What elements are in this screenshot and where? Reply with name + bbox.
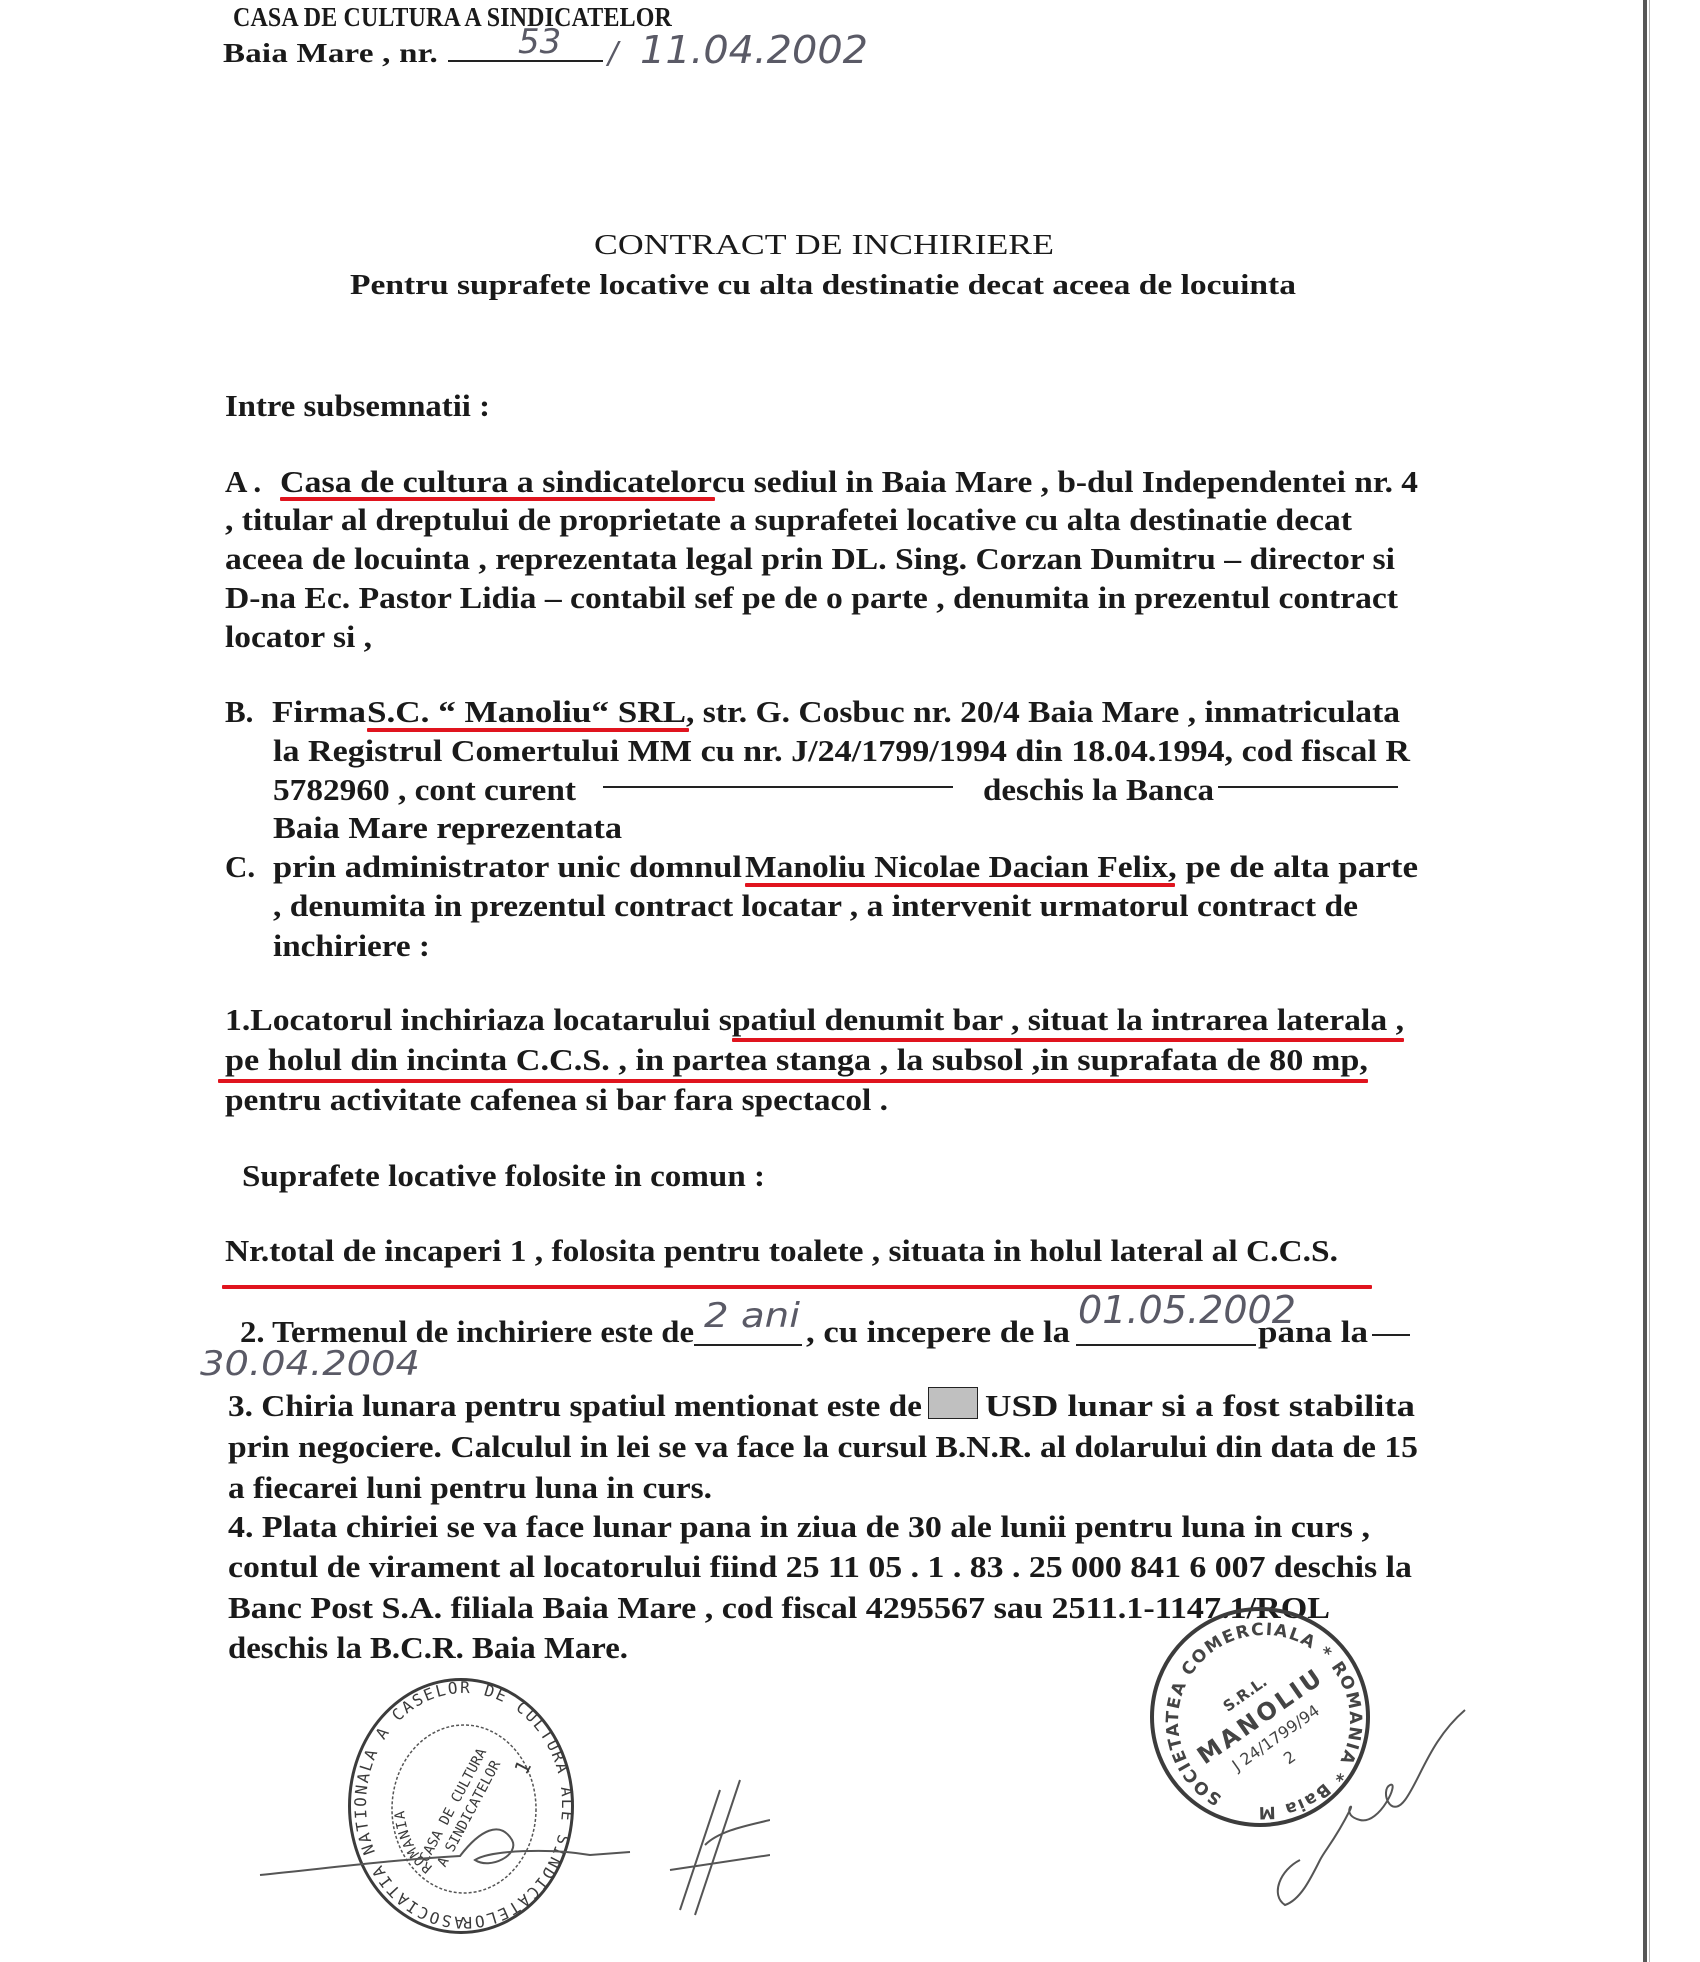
party-a-line: , titular al dreptului de proprietate a … [225, 504, 1352, 535]
clause-1-line: pe holul din incinta C.C.S. , in partea … [225, 1044, 1368, 1075]
clause-4-line: 4. Plata chiriei se va face lunar pana i… [228, 1511, 1370, 1542]
duration-handwritten: 2 ani [704, 1296, 800, 1336]
party-c-marker: C. [225, 851, 255, 882]
clause-3-line: prin negociere. Calculul in lei se va fa… [228, 1431, 1418, 1462]
header-separator: / [608, 36, 618, 71]
party-b-line: Baia Mare reprezentata [273, 812, 622, 843]
party-b-line: , str. G. Cosbuc nr. 20/4 Baia Mare , in… [686, 696, 1400, 727]
party-b-prefix: Firma [272, 696, 366, 727]
party-c-name-underline [745, 883, 1175, 887]
end-date-handwritten: 30.04.2004 [200, 1344, 420, 1384]
party-a-line: locator si , [225, 621, 372, 652]
header-date-handwritten: 11.04.2002 [640, 28, 868, 72]
clause-1-line: 1.Locatorul inchiriaza locatarului spati… [225, 1004, 1404, 1035]
party-b-name: S.C. “ Manoliu“ SRL [367, 696, 686, 727]
party-c-line: inchiriere : [273, 930, 430, 961]
lessor-signature [250, 1760, 770, 1920]
organization-header: CASA DE CULTURA A SINDICATELOR [233, 4, 672, 31]
current-account-blank [603, 786, 953, 788]
party-a-line: aceea de locuinta , reprezentata legal p… [225, 543, 1395, 574]
party-a-name: Casa de cultura a sindicatelor [280, 466, 712, 497]
clause-4-line: contul de virament al locatorului fiind … [228, 1551, 1412, 1582]
party-c-line: , denumita in prezentul contract locatar… [273, 890, 1358, 921]
party-b-line: la Registrul Comertului MM cu nr. J/24/1… [273, 735, 1410, 766]
party-b-line: deschis la Banca [983, 774, 1214, 805]
party-c-line: , pe de alta parte [1168, 851, 1418, 882]
clause-2-text: 2. Termenul de inchiriere este de [240, 1316, 694, 1347]
clause-3-text: USD lunar si a fost stabilita [985, 1390, 1415, 1421]
page-edge-line [1643, 0, 1647, 1962]
party-c-prefix: prin administrator unic domnul [273, 851, 742, 882]
document-subtitle: Pentru suprafete locative cu alta destin… [350, 271, 1296, 300]
clause-2-text: , cu incepere de la [806, 1316, 1070, 1347]
party-b-name-underline [367, 728, 689, 732]
reg-number-handwritten: 53 [518, 22, 561, 62]
header-city-number-label: Baia Mare , nr. [223, 40, 438, 67]
document-title: CONTRACT DE INCHIRIERE [594, 232, 1054, 260]
page-edge-line-secondary [1649, 0, 1650, 1962]
clause-1-line: pentru activitate cafenea si bar fara sp… [225, 1084, 888, 1115]
clause-2-text: pana la [1258, 1316, 1368, 1347]
party-c-name: Manoliu Nicolae Dacian Felix [745, 851, 1168, 882]
party-a-line: D-na Ec. Pastor Lidia – contabil sef pe … [225, 582, 1398, 613]
party-a-marker: A . [225, 466, 261, 497]
common-areas-text: Nr.total de incaperi 1 , folosita pentru… [225, 1235, 1338, 1266]
bank-name-blank [1218, 786, 1398, 788]
common-areas-heading: Suprafete locative folosite in comun : [242, 1160, 765, 1191]
intro-text: Intre subsemnatii : [225, 390, 490, 421]
clause-3-line: a fiecarei luni pentru luna in curs. [228, 1472, 712, 1503]
party-b-line: 5782960 , cont curent [273, 774, 576, 805]
party-a-name-underline [280, 497, 715, 501]
rent-amount-redaction [928, 1387, 978, 1419]
clause-4-line: deschis la B.C.R. Baia Mare. [228, 1632, 628, 1663]
clause-3-text: 3. Chiria lunara pentru spatiul mentiona… [228, 1390, 922, 1421]
party-a-line: cu sediul in Baia Mare , b-dul Independe… [712, 466, 1418, 497]
start-date-blank [1076, 1344, 1256, 1346]
party-b-marker: B. [225, 696, 253, 727]
duration-blank [694, 1344, 802, 1346]
end-date-blank [1372, 1334, 1410, 1336]
lessee-signature [1240, 1700, 1480, 1920]
